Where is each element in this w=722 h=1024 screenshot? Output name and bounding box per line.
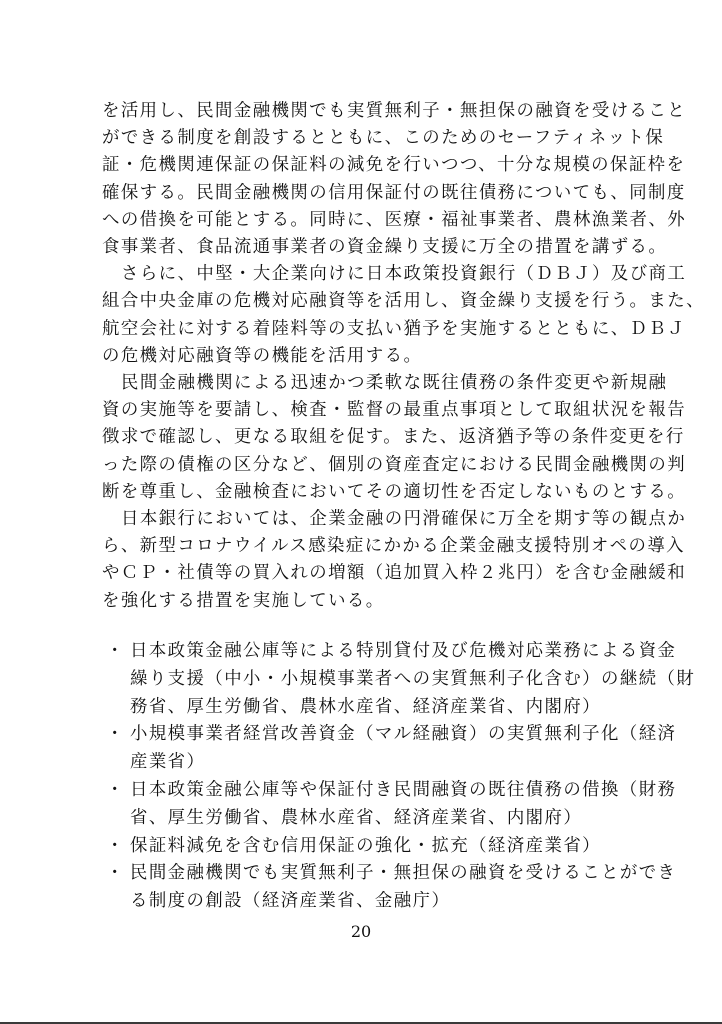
text-line: 務省、厚生労働省、農林水産省、経済産業省、内閣府） [130,694,636,722]
text-line: 日本政策金融公庫等による特別貸付及び危機対応業務による資金 [130,638,636,666]
bullet-icon: ・ [106,777,124,805]
paragraph-dbj-support: さらに、中堅・大企業向けに日本政策投資銀行（ＤＢＪ）及び商工 組合中央金庫の危機… [102,261,632,370]
text-line: 民間金融機関でも実質無利子・無担保の融資を受けることができ [130,860,636,888]
list-item: ・ 日本政策金融公庫等による特別貸付及び危機対応業務による資金 繰り支援（中小・… [106,638,636,721]
text-line: る制度の創設（経済産業省、金融庁） [130,888,636,916]
paragraph-private-financial-institutions: 民間金融機関による迅速かつ柔軟な既往債務の条件変更や新規融 資の実施等を要請し、… [102,370,632,506]
text-line: 資の実施等を要請し、検査・監督の最重点事項として取組状況を報告 [102,397,632,424]
text-line: 組合中央金庫の危機対応融資等を活用し、資金繰り支援を行う。また、 [102,288,632,315]
text-line: 徴求で確認し、更なる取組を促す。また、返済猶予等の条件変更を行 [102,424,632,451]
text-line: 産業省） [130,749,636,777]
text-line: 証・危機関連保証の保証料の減免を行いつつ、十分な規模の保証枠を [102,152,632,179]
text-line: 省、厚生労働省、農林水産省、経済産業省、内閣府） [130,805,636,833]
bullet-icon: ・ [106,638,124,666]
text-line: やＣＰ・社債等の買入れの増額（追加買入枠２兆円）を含む金融緩和 [102,560,632,587]
text-line: 繰り支援（中小・小規模事業者への実質無利子化含む）の継続（財 [130,666,636,694]
bullet-icon: ・ [106,860,124,888]
list-item: ・ 日本政策金融公庫等や保証付き民間融資の既往債務の借換（財務 省、厚生労働省、… [106,777,636,833]
text-line: 食事業者、食品流通事業者の資金繰り支援に万全の措置を講ずる。 [102,234,632,261]
paragraph-bank-of-japan: 日本銀行においては、企業金融の円滑確保に万全を期す等の観点か ら、新型コロナウイ… [102,506,632,615]
text-line: さらに、中堅・大企業向けに日本政策投資銀行（ＤＢＪ）及び商工 [102,261,632,288]
text-line: ら、新型コロナウイルス感染症にかかる企業金融支援特別オペの導入 [102,533,632,560]
list-item: ・ 小規模事業者経営改善資金（マル経融資）の実質無利子化（経済 産業省） [106,721,636,777]
text-line: を強化する措置を実施している。 [102,588,632,615]
bullet-icon: ・ [106,721,124,749]
text-line: 小規模事業者経営改善資金（マル経融資）の実質無利子化（経済 [130,721,636,749]
list-item: ・ 保証料減免を含む信用保証の強化・拡充（経済産業省） [106,833,636,861]
text-line: を活用し、民間金融機関でも実質無利子・無担保の融資を受けること [102,98,632,125]
text-line: 保証料減免を含む信用保証の強化・拡充（経済産業省） [130,833,636,861]
bullet-icon: ・ [106,833,124,861]
page-number: 20 [0,922,722,941]
text-line: への借換を可能とする。同時に、医療・福祉事業者、農林漁業者、外 [102,207,632,234]
text-line: った際の債権の区分など、個別の資産査定における民間金融機関の判 [102,452,632,479]
text-line: 確保する。民間金融機関の信用保証付の既往債務についても、同制度 [102,180,632,207]
text-line: 断を尊重し、金融検査においてその適切性を否定しないものとする。 [102,479,632,506]
body-text: を活用し、民間金融機関でも実質無利子・無担保の融資を受けること ができる制度を創… [102,98,632,615]
paragraph-credit-guarantee: を活用し、民間金融機関でも実質無利子・無担保の融資を受けること ができる制度を創… [102,98,632,261]
text-line: ができる制度を創設するとともに、このためのセーフティネット保 [102,125,632,152]
document-page: を活用し、民間金融機関でも実質無利子・無担保の融資を受けること ができる制度を創… [0,0,722,1024]
text-line: 民間金融機関による迅速かつ柔軟な既往債務の条件変更や新規融 [102,370,632,397]
measures-bullet-list: ・ 日本政策金融公庫等による特別貸付及び危機対応業務による資金 繰り支援（中小・… [106,638,636,916]
text-line: 日本政策金融公庫等や保証付き民間融資の既往債務の借換（財務 [130,777,636,805]
text-line: 航空会社に対する着陸料等の支払い猶予を実施するとともに、ＤＢＪ [102,316,632,343]
list-item: ・ 民間金融機関でも実質無利子・無担保の融資を受けることができ る制度の創設（経… [106,860,636,916]
text-line: 日本銀行においては、企業金融の円滑確保に万全を期す等の観点か [102,506,632,533]
text-line: の危機対応融資等の機能を活用する。 [102,343,632,370]
